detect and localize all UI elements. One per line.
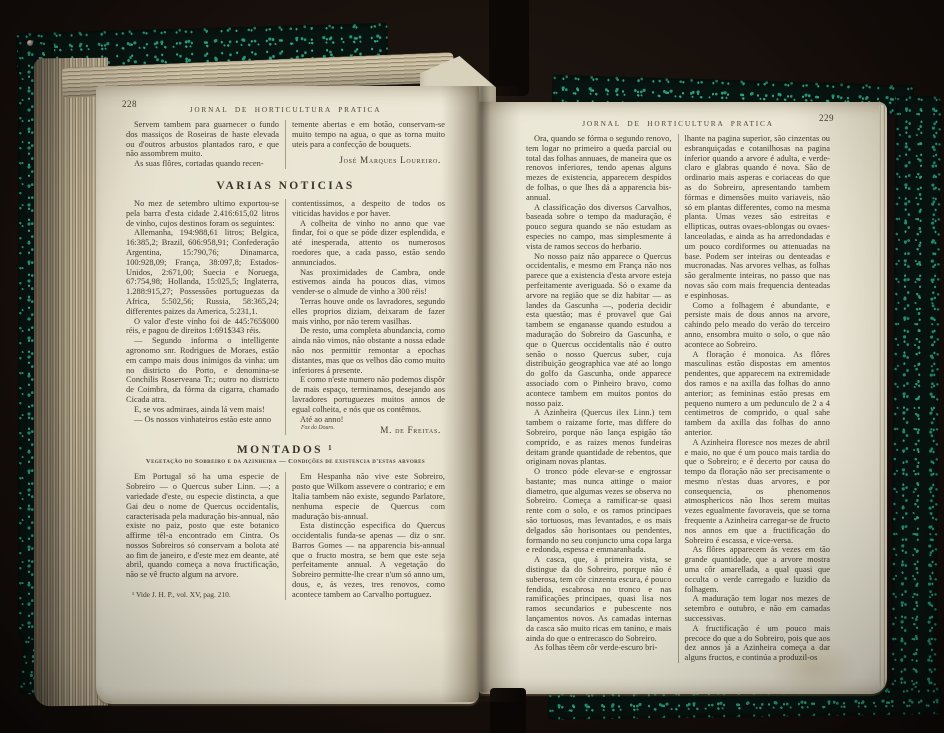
paragraph: A Azinheira floresce nos mezes de abril … — [685, 438, 831, 546]
paragraph: Esta distincção especifica do Quercus oc… — [292, 521, 445, 599]
paragraph: A casca, que, á primeira vista, se disti… — [526, 555, 672, 643]
varias-column-1: No mez de setembro ultimo exportou-se pe… — [120, 199, 285, 435]
paragraph: A Azinheira (Quercus ilex Linn.) tem tam… — [526, 408, 672, 467]
page229-column-1: Ora, quando se fórma o segundo renovo, t… — [520, 134, 678, 663]
varias-column-2: contentissimos, a despeito de todos os v… — [285, 199, 451, 435]
montados-column-2: Em Hespanha não vive este Sobreiro, post… — [285, 472, 451, 600]
right-page-header: JORNAL DE HORTICULTURA PRATICA 229 — [520, 113, 836, 125]
paragraph: No nosso paiz não apparece o Quercus occ… — [526, 252, 672, 409]
paragraph: A maduração tem logar nos mezes de setem… — [685, 594, 831, 623]
paragraph: lhante na pagina superior, são cinzentas… — [685, 134, 831, 301]
book-cover-marbled-edge-bottom-right — [548, 687, 942, 719]
paragraph: A fructificação é um pouco mais precoce … — [685, 624, 831, 663]
page229-column-2: lhante na pagina superior, são cinzentas… — [678, 134, 837, 663]
paragraph: Como a folhagem é abundante, e persiste … — [685, 301, 831, 350]
paragraph: — Os nossos vinhateiros estão este anno — [126, 415, 279, 425]
montados-section: Em Portugal só ha uma especie de Sobreir… — [120, 472, 451, 600]
paragraph: A colheita de vinho no anno que vae find… — [292, 219, 445, 268]
paragraph: Servem tambem para guarnecer o fundo dos… — [126, 120, 279, 159]
page-number-229: 229 — [819, 113, 834, 123]
book-cover-marbled-edge-right — [890, 96, 941, 708]
paragraph: No mez de setembro ultimo exportou-se pe… — [126, 199, 279, 228]
article-continuation-section: Ora, quando se fórma o segundo renovo, t… — [520, 134, 836, 663]
left-page-content: 228 JORNAL DE HORTICULTURA PRATICA Serve… — [120, 99, 451, 600]
book-spine-bottom — [490, 688, 526, 733]
paragraph: As suas flôres, cortadas quando recen- — [126, 159, 279, 169]
intro-column-1: Servem tambem para guarnecer o fundo dos… — [120, 120, 285, 169]
book-spine-top — [489, 0, 529, 96]
left-page-header: 228 JORNAL DE HORTICULTURA PRATICA — [120, 99, 451, 111]
signature-row: Foz do Douro. M. de Freitas. — [292, 425, 445, 435]
paragraph: Nas proximidades de Cambra, onde estivem… — [292, 268, 445, 297]
binding-stud — [27, 40, 33, 46]
section-subtitle-montados: Vegetação do Sobreiro e da Azinheira — C… — [120, 458, 451, 465]
paragraph: contentissimos, a despeito de todos os v… — [292, 199, 445, 219]
paragraph: Em Portugal só ha uma especie de Sobreir… — [126, 472, 279, 580]
right-page-content: JORNAL DE HORTICULTURA PRATICA 229 Ora, … — [520, 113, 836, 663]
place-line: Foz do Douro. — [301, 425, 335, 431]
closing-line: Até ao anno! — [292, 415, 445, 425]
footnote: ¹ Vide J. H. P., vol. XV, pag. 210. — [126, 590, 279, 600]
paragraph: As folhas têem côr verde-escuro bri- — [526, 643, 672, 653]
running-title-right: JORNAL DE HORTICULTURA PRATICA — [582, 119, 774, 128]
running-title-left: JORNAL DE HORTICULTURA PRATICA — [190, 105, 382, 114]
intro-column-2: temente abertas e em botão, conservam-se… — [285, 120, 451, 169]
paragraph: E como n'este numero não podemos dispôr … — [292, 375, 445, 414]
paragraph: Ora, quando se fórma o segundo renovo, t… — [526, 134, 672, 203]
section-heading-montados: MONTADOS ¹ — [120, 444, 451, 456]
paragraph: De resto, uma completa abundancia, como … — [292, 326, 445, 375]
paragraph: temente abertas e em botão, conservam-se… — [292, 120, 445, 149]
book-photo: 228 JORNAL DE HORTICULTURA PRATICA Serve… — [0, 0, 944, 733]
paragraph: Allemanha, 194:988,61 litros; Belgica, 1… — [126, 228, 279, 316]
paragraph: As flôres apparecem ás vezes em tão gran… — [685, 545, 831, 594]
left-page: 228 JORNAL DE HORTICULTURA PRATICA Serve… — [96, 86, 479, 702]
author-signature: José Marques Loureiro. — [292, 156, 445, 166]
varias-noticias-section: No mez de setembro ultimo exportou-se pe… — [120, 199, 451, 435]
section-heading-varias-noticias: VARIAS NOTICIAS — [120, 180, 451, 192]
paragraph: E, se vos admiraes, ainda lá vem mais! — [126, 405, 279, 415]
paragraph: A floração é monoica. As flôres masculin… — [685, 350, 831, 438]
author-signature: M. de Freitas. — [380, 425, 445, 435]
right-page: JORNAL DE HORTICULTURA PRATICA 229 Ora, … — [479, 102, 887, 692]
paragraph: A classificação dos diversos Carvalhos, … — [526, 203, 672, 252]
paragraph: Em Hespanha não vive este Sobreiro, post… — [292, 472, 445, 521]
paragraph: Terras houve onde os lavradores, segundo… — [292, 297, 445, 326]
paragraph: O tronco póde elevar-se e engrossar bast… — [526, 467, 672, 555]
intro-section: Servem tambem para guarnecer o fundo dos… — [120, 120, 451, 169]
page-number-228: 228 — [122, 99, 137, 109]
montados-column-1: Em Portugal só ha uma especie de Sobreir… — [120, 472, 285, 600]
paragraph: O valor d'este vinho foi de 445:765$000 … — [126, 317, 279, 337]
paragraph: — Segundo informa o intelligente agronom… — [126, 336, 279, 405]
